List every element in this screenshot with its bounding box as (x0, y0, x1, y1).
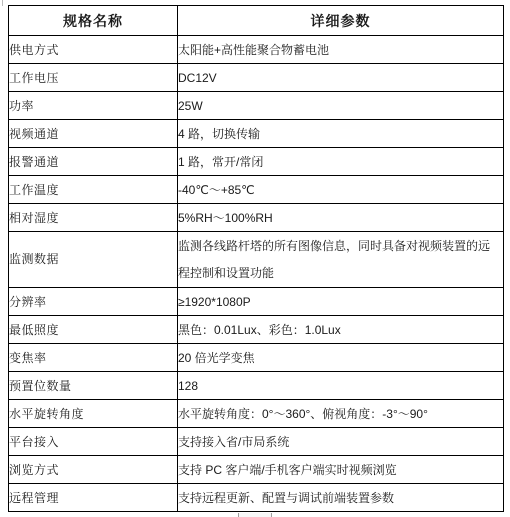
spec-value-cell: 1 路，常开/常闭 (178, 148, 504, 176)
spec-name-cell: 报警通道 (9, 148, 178, 176)
spec-name-cell: 供电方式 (9, 36, 178, 64)
table-row: 预置位数量128 (9, 372, 504, 400)
spec-value-cell: 黑色：0.01Lux、彩色：1.0Lux (178, 316, 504, 344)
table-row: 远程管理支持远程更新、配置与调试前端装置参数 (9, 484, 504, 512)
table-header-row: 规格名称 详细参数 (9, 6, 504, 36)
spec-table: 规格名称 详细参数 供电方式太阳能+高性能聚合物蓄电池工作电压DC12V功率25… (8, 5, 504, 512)
spec-name-cell: 视频通道 (9, 120, 178, 148)
table-row: 分辨率≥1920*1080P (9, 288, 504, 316)
document-page: 规格名称 详细参数 供电方式太阳能+高性能聚合物蓄电池工作电压DC12V功率25… (0, 0, 510, 517)
spec-value-cell: 5%RH～100%RH (178, 204, 504, 232)
table-row: 水平旋转角度水平旋转角度：0°～360°、俯视角度：-3°～90° (9, 400, 504, 428)
spec-name-cell: 平台接入 (9, 428, 178, 456)
spec-value-cell: -40℃～+85℃ (178, 176, 504, 204)
spec-value-cell: 25W (178, 92, 504, 120)
spec-value-cell: 4 路，切换传输 (178, 120, 504, 148)
table-row: 平台接入支持接入省/市局系统 (9, 428, 504, 456)
spec-table-body: 供电方式太阳能+高性能聚合物蓄电池工作电压DC12V功率25W视频通道4 路，切… (9, 36, 504, 512)
table-row: 视频通道4 路，切换传输 (9, 120, 504, 148)
table-row: 工作温度-40℃～+85℃ (9, 176, 504, 204)
table-row: 监测数据监测各线路杆塔的所有图像信息，同时具备对视频装置的远程控制和设置功能 (9, 232, 504, 288)
spec-name-cell: 浏览方式 (9, 456, 178, 484)
table-row: 工作电压DC12V (9, 64, 504, 92)
spec-value-cell: 支持接入省/市局系统 (178, 428, 504, 456)
spec-name-cell: 工作温度 (9, 176, 178, 204)
spec-name-cell: 最低照度 (9, 316, 178, 344)
page-edge-tick (2, 0, 3, 6)
spec-name-cell: 变焦率 (9, 344, 178, 372)
spec-value-cell: 支持 PC 客户端/手机客户端实时视频浏览 (178, 456, 504, 484)
spec-name-cell: 功率 (9, 92, 178, 120)
table-row: 供电方式太阳能+高性能聚合物蓄电池 (9, 36, 504, 64)
spec-value-cell: 20 倍光学变焦 (178, 344, 504, 372)
spec-value-cell: DC12V (178, 64, 504, 92)
table-row: 变焦率20 倍光学变焦 (9, 344, 504, 372)
spec-name-cell: 远程管理 (9, 484, 178, 512)
table-row: 浏览方式支持 PC 客户端/手机客户端实时视频浏览 (9, 456, 504, 484)
spec-name-cell: 水平旋转角度 (9, 400, 178, 428)
cropped-next-element (238, 513, 272, 517)
spec-name-cell: 预置位数量 (9, 372, 178, 400)
spec-value-cell: 水平旋转角度：0°～360°、俯视角度：-3°～90° (178, 400, 504, 428)
spec-name-cell: 相对湿度 (9, 204, 178, 232)
spec-value-cell: 监测各线路杆塔的所有图像信息，同时具备对视频装置的远程控制和设置功能 (178, 232, 504, 288)
spec-name-cell: 工作电压 (9, 64, 178, 92)
header-spec-value: 详细参数 (178, 6, 504, 36)
table-row: 最低照度黑色：0.01Lux、彩色：1.0Lux (9, 316, 504, 344)
spec-name-cell: 分辨率 (9, 288, 178, 316)
table-row: 相对湿度5%RH～100%RH (9, 204, 504, 232)
spec-value-cell: 支持远程更新、配置与调试前端装置参数 (178, 484, 504, 512)
header-spec-name: 规格名称 (9, 6, 178, 36)
table-row: 功率25W (9, 92, 504, 120)
spec-value-cell: 128 (178, 372, 504, 400)
spec-value-cell: 太阳能+高性能聚合物蓄电池 (178, 36, 504, 64)
spec-value-cell: ≥1920*1080P (178, 288, 504, 316)
table-row: 报警通道1 路，常开/常闭 (9, 148, 504, 176)
spec-name-cell: 监测数据 (9, 232, 178, 288)
